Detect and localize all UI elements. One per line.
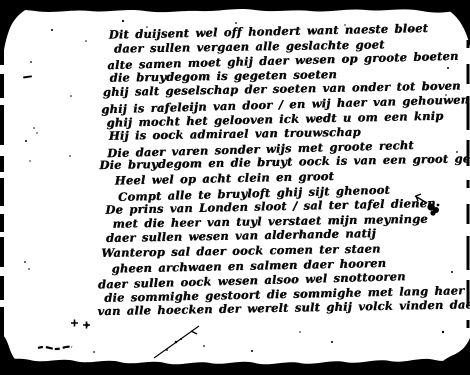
manuscript-scan: Dit duijsent wel off hondert want naeste… [0, 0, 470, 375]
diagonal-pen-stroke [154, 326, 199, 358]
plus-marks [71, 320, 90, 329]
handwritten-text-block: Dit duijsent wel off hondert want naeste… [0, 20, 470, 322]
smudge-streak [38, 347, 72, 349]
